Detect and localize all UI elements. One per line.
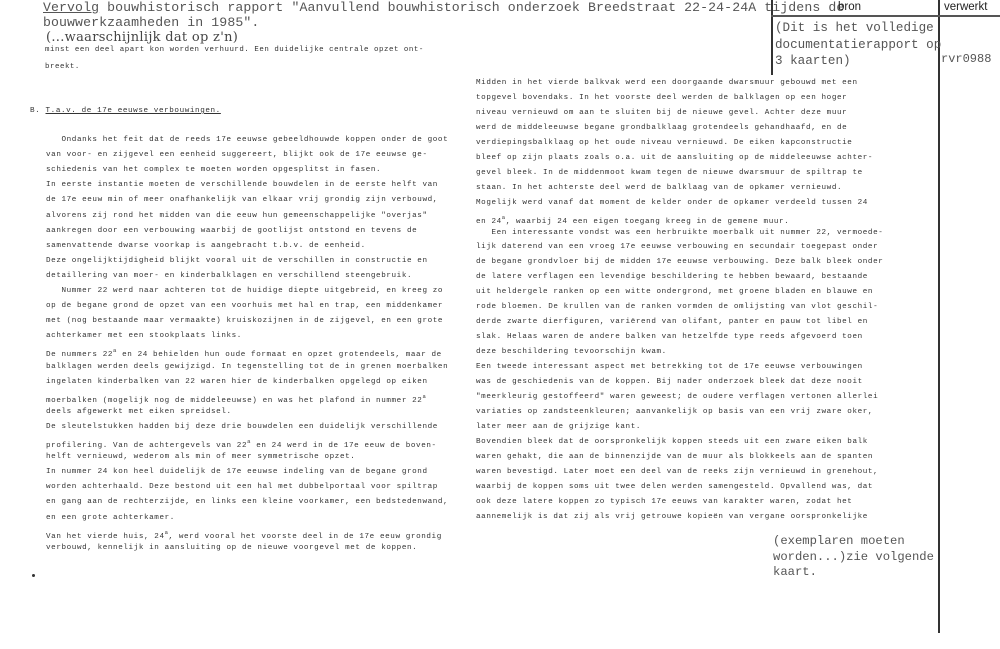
text-line: rode bloemen. De krullen van de ranken v… (476, 303, 878, 311)
report-title-line-2: bouwwerkzaamheden in 1985". (43, 15, 259, 30)
text-line: topgevel bovendaks. In het voorste deel … (476, 94, 847, 102)
column-header-verwerkt: verwerkt (944, 1, 987, 13)
text-line: moerbalken (mogelijk nog de middeleeuwse… (46, 393, 426, 405)
text-line: van voor- en zijgevel een eenheid sugger… (46, 151, 428, 159)
note-line: (exemplaren moeten (773, 534, 934, 550)
report-title-line-1: Vervolg bouwhistorisch rapport "Aanvulle… (43, 0, 844, 15)
bron-line: documentatierapport op (775, 37, 941, 54)
text-line: niveau vernieuwd om aan te sluiten bij d… (476, 109, 847, 117)
text-line: Deze ongelijktijdigheid blijkt vooral ui… (46, 257, 428, 265)
text-line: In eerste instantie moeten de verschille… (46, 181, 438, 189)
handwritten-annotation: (...waarschijnlijk dat op z'n) (46, 30, 238, 45)
text-line: waren gehakt, die aan de binnenzijde van… (476, 453, 873, 461)
text-line: detaillering van moer- en kinderbalklage… (46, 272, 412, 280)
bron-cell: (Dit is het volledige documentatierappor… (775, 20, 941, 70)
table-header-rule (771, 15, 1000, 17)
text-line: De nummers 22a en 24 behielden hun oude … (46, 347, 442, 359)
text-line: werd de middeleeuwse begane grondbalklaa… (476, 124, 847, 132)
verwerkt-column-divider (938, 0, 940, 633)
text-line: In nummer 24 kon heel duidelijk de 17e e… (46, 468, 428, 476)
text-line: de latere verflagen een levendige beschi… (476, 273, 868, 281)
section-title: T.a.v. de 17e eeuwse verbouwingen. (46, 107, 221, 115)
text-line: later meer aan de grijzige kant. (476, 423, 641, 431)
text-line: ook deze latere koppen zo typisch 17e ee… (476, 498, 852, 506)
text-line: alvorens zij rond het midden van die eeu… (46, 212, 428, 220)
text-line: achterkamer met een stookplaats links. (46, 332, 242, 340)
text-line: uit heldergele ranken op een witte onder… (476, 288, 873, 296)
text-line: De sleutelstukken hadden bij deze drie b… (46, 423, 438, 431)
text-line: ingelaten kinderbalken van 22 waren hier… (46, 378, 428, 386)
note-line: kaart. (773, 565, 934, 581)
text-line: verdiepingsbalklaag op het oude niveau v… (476, 139, 852, 147)
text-line: de 17e eeuw min of meer onafhankelijk va… (46, 196, 438, 204)
superscript-a: a (502, 214, 506, 221)
superscript-a: a (165, 529, 169, 536)
bron-column-border (771, 0, 773, 75)
margin-dot (32, 574, 35, 577)
superscript-a: a (422, 393, 426, 400)
text-line: Ondanks het feit dat de reeds 17e eeuwse… (46, 136, 448, 144)
intro-line: breekt. (45, 63, 80, 71)
archive-card-page: Vervolg bouwhistorisch rapport "Aanvulle… (0, 0, 1000, 649)
text-line: en gang aan de rechterzijde, en links ee… (46, 498, 448, 506)
section-heading: B. T.a.v. de 17e eeuwse verbouwingen. (30, 107, 221, 115)
text-line: staan. In het achterste deel werd de bal… (476, 184, 842, 192)
text-line: variaties op zandsteenkleuren; aanvankel… (476, 408, 873, 416)
text-line: deze beschildering tevoorschijn kwam. (476, 348, 667, 356)
note-line: worden...)zie volgende (773, 550, 934, 566)
text-line: Van het vierde huis, 24a, werd vooral he… (46, 529, 442, 541)
intro-line: minst een deel apart kon worden verhuurd… (45, 46, 424, 54)
text-line: Bovendien bleek dat de oorspronkelijk ko… (476, 438, 868, 446)
text-line: lijk daterend van een vroeg 17e eeuwse v… (476, 243, 878, 251)
text-line: deels afgewerkt met eiken spreidsel. (46, 408, 232, 416)
text-line: Een interessante vondst was een herbruik… (476, 229, 883, 237)
column-header-bron: bron (838, 1, 861, 13)
text-line: Midden in het vierde balkvak werd een do… (476, 79, 858, 87)
text-line: aannemelijk is dat zij als vrij getrouwe… (476, 513, 868, 521)
bron-line: 3 kaarten) (775, 53, 941, 70)
text-line: op de begane grond de opzet van een voor… (46, 302, 443, 310)
text-line: aankregen door een verbouwing waarbij de… (46, 227, 417, 235)
text-line: Mogelijk werd vanaf dat moment de kelder… (476, 199, 868, 207)
report-title-text: bouwhistorisch rapport "Aanvullend bouwh… (99, 0, 844, 15)
report-title-prefix: Vervolg (43, 0, 99, 15)
text-line: derde zwarte dierfiguren, variërend van … (476, 318, 868, 326)
text-line: gevel bleek. In de middenmoot kwam tegen… (476, 169, 863, 177)
text-line: helft vernieuwd, wederom als min of meer… (46, 453, 355, 461)
bron-line: (Dit is het volledige (775, 20, 941, 37)
text-line: Nummer 22 werd naar achteren tot de huid… (46, 287, 443, 295)
superscript-a: a (113, 347, 117, 354)
text-line: balklagen werden deels gewijzigd. In teg… (46, 363, 448, 371)
text-line: waren bevestigd. Later moet een deel van… (476, 468, 878, 476)
text-line: slak. Helaas waren de andere balken van … (476, 333, 863, 341)
text-line: de begane grondvloer bij de midden 17e e… (476, 258, 883, 266)
text-line: "meerkleurig gestoffeerd" waren geweest;… (476, 393, 878, 401)
text-line: en 24a, waarbij 24 een eigen toegang kre… (476, 214, 789, 226)
text-line: Een tweede interessant aspect met betrek… (476, 363, 863, 371)
text-line: en een grote achterkamer. (46, 514, 175, 522)
continuation-note: (exemplaren moeten worden...)zie volgend… (773, 534, 934, 581)
verwerkt-cell: rvr0988 (941, 52, 991, 66)
section-label: B. (30, 107, 40, 115)
text-line: verbouwd, kennelijk in aansluiting op de… (46, 544, 417, 552)
text-line: bleef op zijn plaats zoals o.a. uit de a… (476, 154, 873, 162)
text-line: waarbij de koppen soms uit twee delen we… (476, 483, 873, 491)
text-line: worden achterhaald. Deze bestond uit een… (46, 483, 438, 491)
text-line: samenvattende dwarse voorkap is aangebra… (46, 242, 366, 250)
text-line: profilering. Van de achtergevels van 22a… (46, 438, 437, 450)
superscript-a: a (247, 438, 251, 445)
text-line: schiedenis van het complex te moeten wor… (46, 166, 381, 174)
text-line: was de geschiedenis van de koppen. Bij n… (476, 378, 863, 386)
text-line: met (nog bestaande maar vermaakte) kruis… (46, 317, 443, 325)
